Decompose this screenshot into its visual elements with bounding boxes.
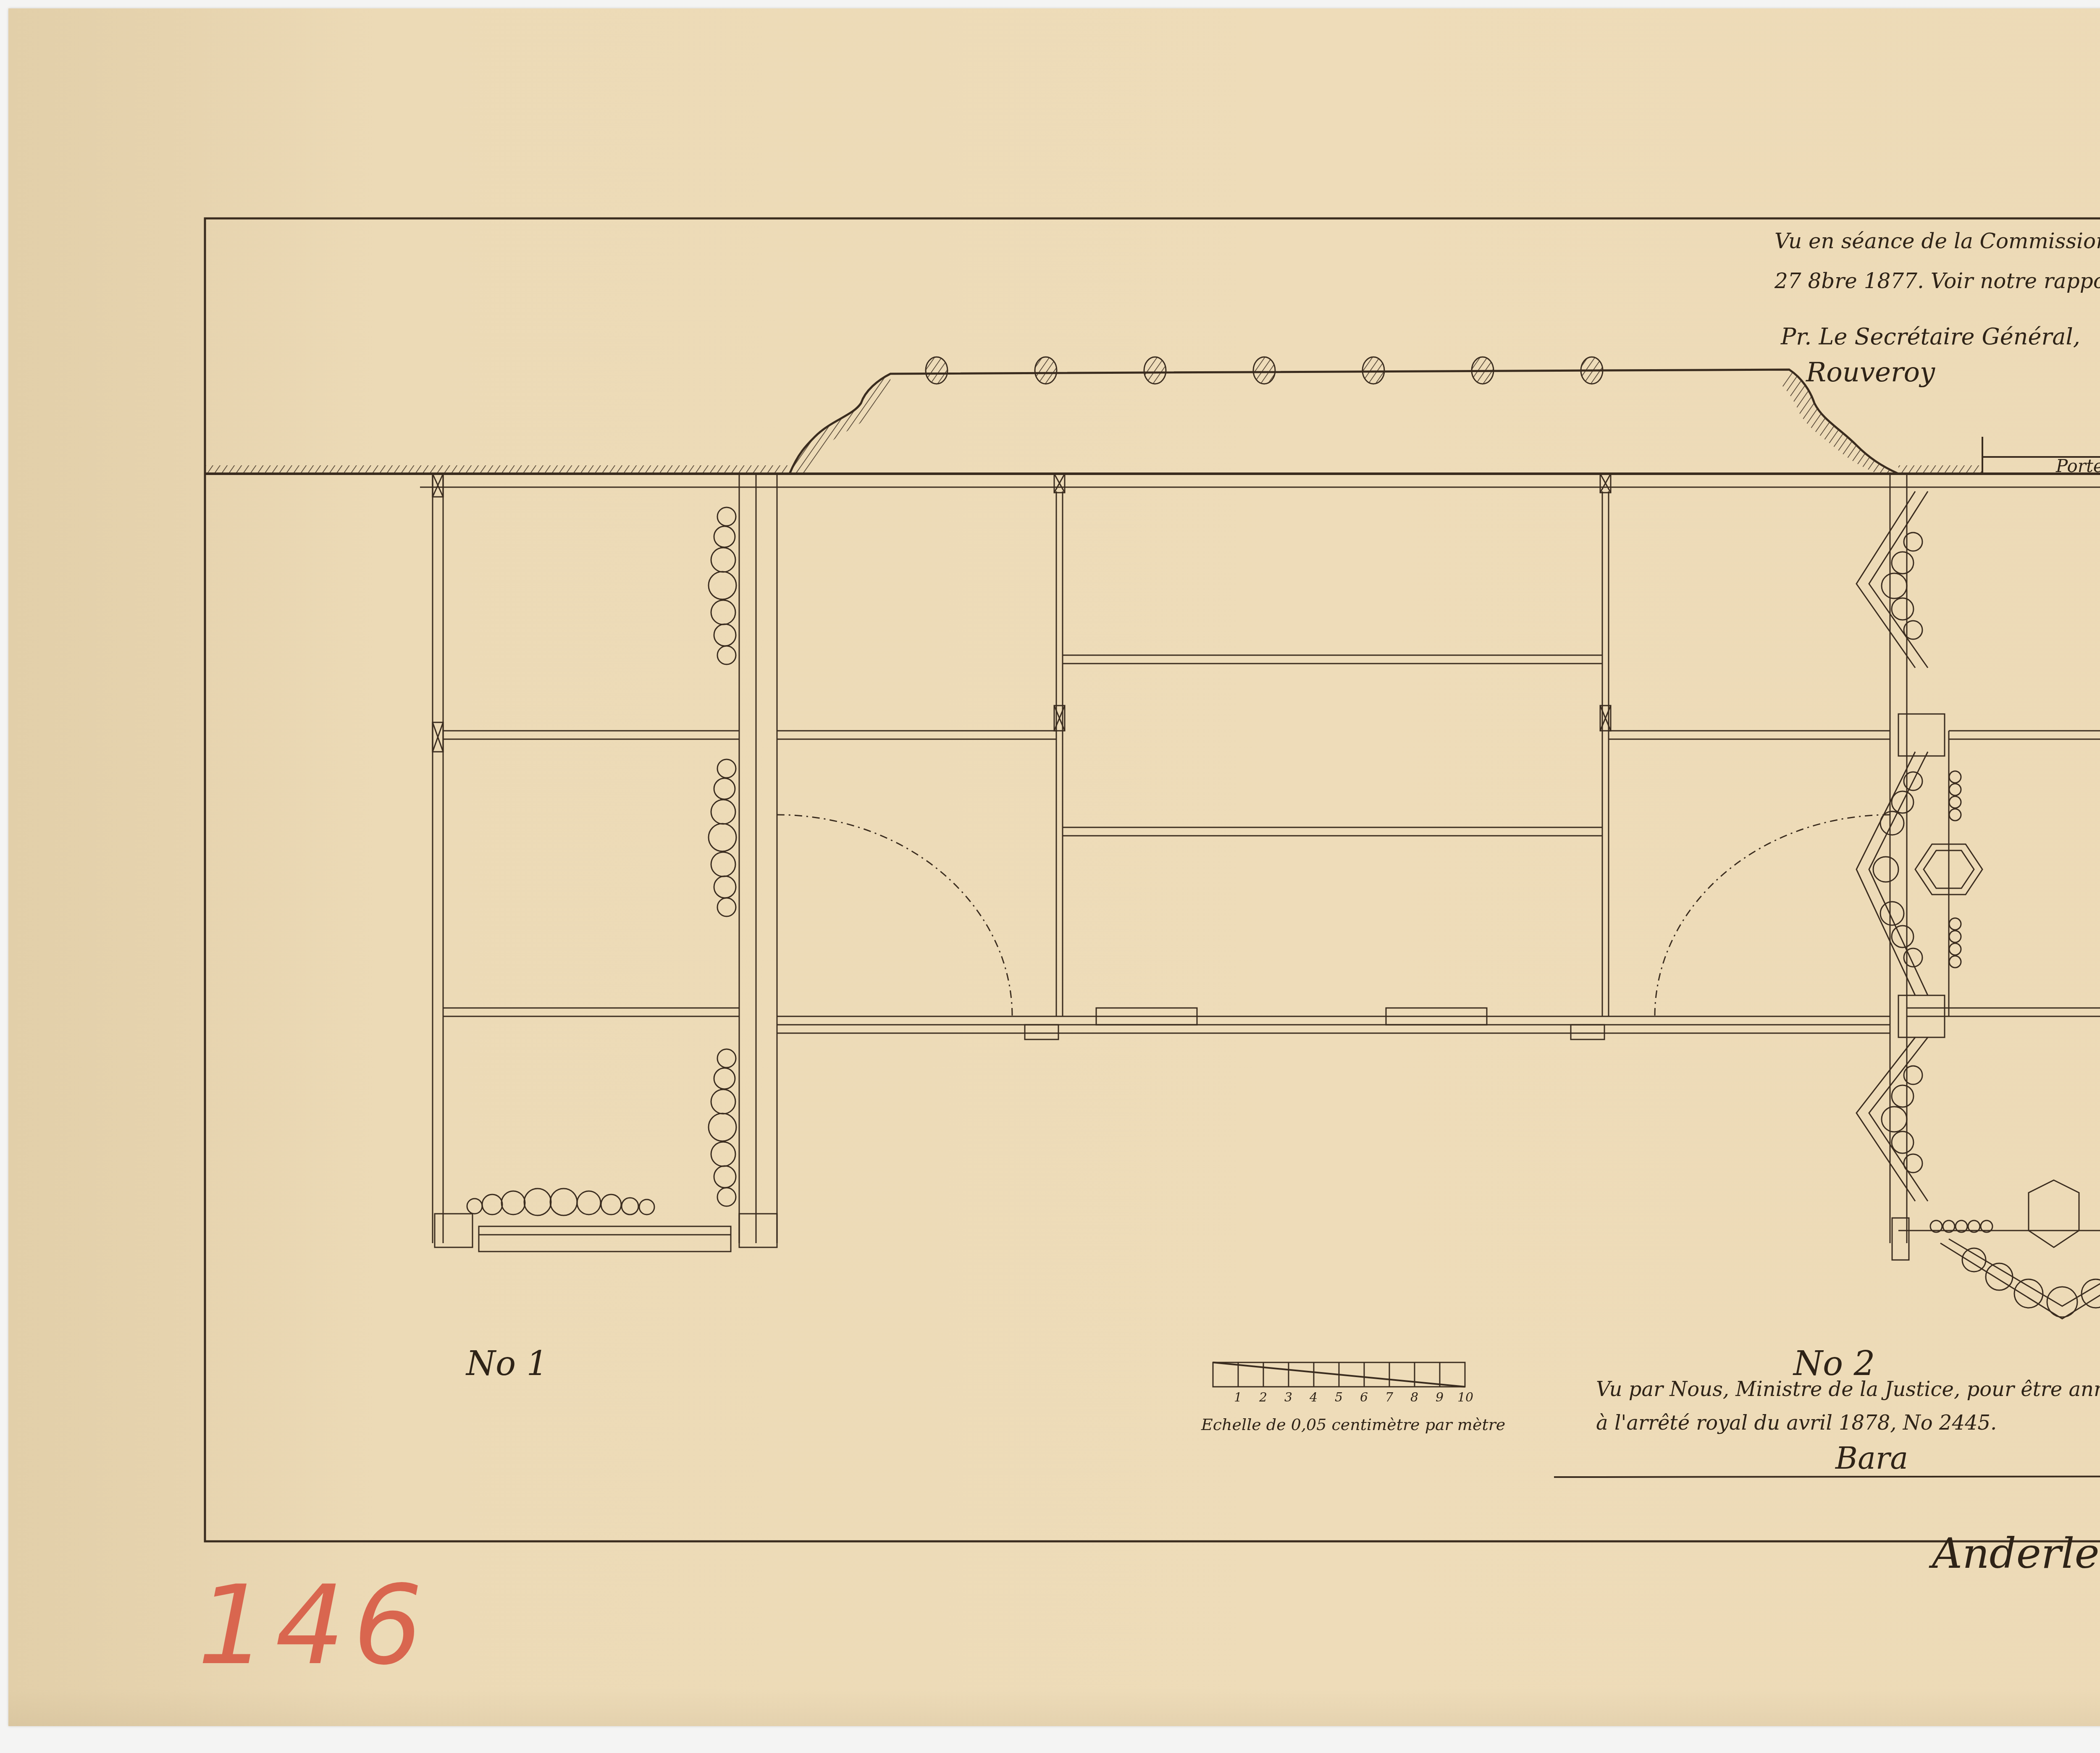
commission-note-line2: 27 8bre 1877. Voir notre rapport du 31 d… bbox=[1774, 269, 2100, 293]
scale-tick: 2 bbox=[1259, 1390, 1267, 1405]
section-label-no1: No 1 bbox=[466, 1344, 548, 1383]
scale-bar bbox=[1213, 1362, 1465, 1387]
commission-note-line1: Vu en séance de la Commission royale des… bbox=[1774, 229, 2100, 253]
place-name: Anderlecht bbox=[1932, 1529, 2100, 1578]
architectural-drawing bbox=[0, 0, 2100, 1753]
bottom-rule bbox=[1554, 1476, 2100, 1477]
scale-tick: 4 bbox=[1310, 1390, 1318, 1405]
bottle-stack-no1 bbox=[467, 507, 736, 1215]
scale-tick: 8 bbox=[1410, 1390, 1418, 1405]
scale-caption: Echelle de 0,05 centimètre par mètre bbox=[1201, 1415, 1505, 1434]
scale-tick: 6 bbox=[1360, 1390, 1368, 1405]
minister-signature: Bara bbox=[1835, 1441, 1908, 1476]
scale-tick: 7 bbox=[1385, 1390, 1393, 1405]
zigzag-wall-no2 bbox=[1856, 491, 2100, 1319]
scale-tick: 9 bbox=[1436, 1390, 1444, 1405]
scale-tick: 10 bbox=[1457, 1390, 1473, 1405]
brace-marks bbox=[433, 474, 1611, 752]
upper-niche bbox=[790, 357, 1898, 474]
archive-number: 146 bbox=[197, 1562, 431, 1689]
minister-note-line1: Vu par Nous, Ministre de la Justice, pou… bbox=[1596, 1378, 2100, 1401]
minister-note-line2: à l'arrêté royal du avril 1878, No 2445. bbox=[1596, 1411, 1997, 1435]
secretary-signature: Rouveroy bbox=[1806, 357, 1935, 388]
scale-tick: 1 bbox=[1234, 1390, 1242, 1405]
scale-tick: 5 bbox=[1335, 1390, 1343, 1405]
base-no1 bbox=[435, 1214, 777, 1252]
floor-plan bbox=[420, 474, 2100, 1243]
ground-line bbox=[206, 465, 2100, 474]
scale-tick: 3 bbox=[1284, 1390, 1292, 1405]
secretary-title: Pr. Le Secrétaire Général, bbox=[1781, 323, 2080, 350]
door-swing-arcs bbox=[777, 815, 1890, 1016]
door-label: Porte bbox=[2056, 456, 2100, 476]
